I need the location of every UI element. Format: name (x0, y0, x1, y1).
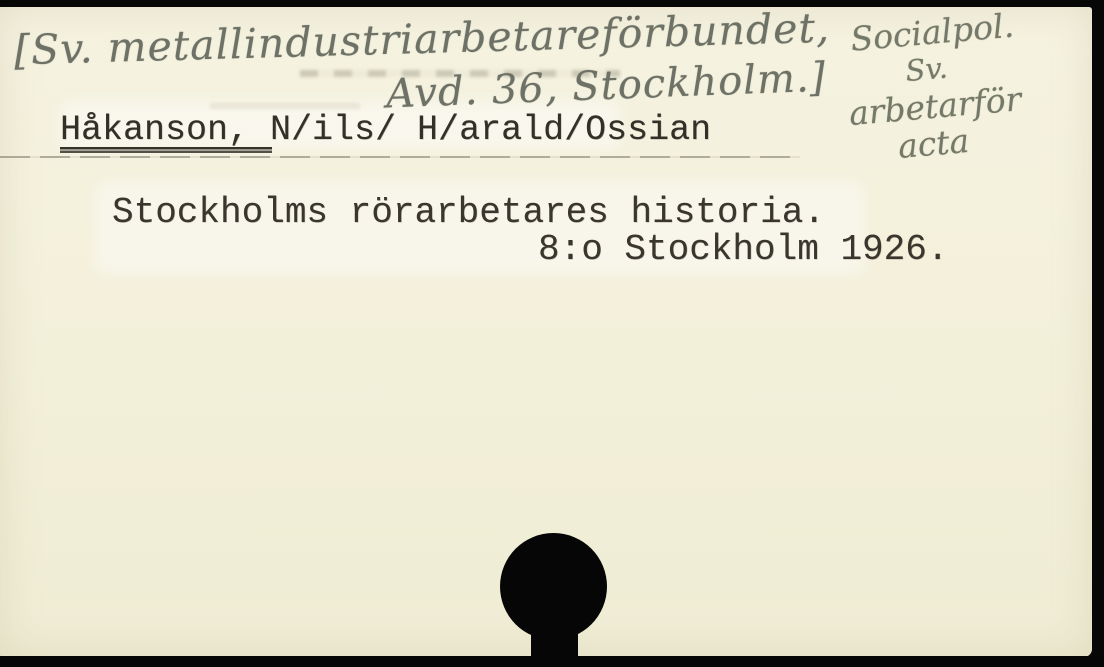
author-forenames: N/ils/ H/arald/Ossian (249, 110, 711, 150)
scanned-catalog-card: [Sv. metallindustriarbetareförbundet, Av… (0, 0, 1104, 667)
erased-pencil-smudge (210, 103, 360, 109)
classification-note: Socialpol. Sv. arbetarför acta (839, 1, 1091, 169)
author-surname: Håkanson, (60, 110, 249, 150)
surname-underline (60, 147, 272, 153)
handwritten-note-line2: Avd. 36, Stockholm.] (385, 55, 827, 118)
title-line: Stockholms rörarbetares historia. (112, 192, 825, 233)
author-heading: Håkanson, N/ils/ H/arald/Ossian (60, 110, 711, 150)
imprint-line: 8:o Stockholm 1926. (538, 229, 948, 270)
scan-border (0, 656, 1104, 667)
pencil-ruled-line (0, 156, 800, 158)
punch-hole (500, 533, 607, 640)
